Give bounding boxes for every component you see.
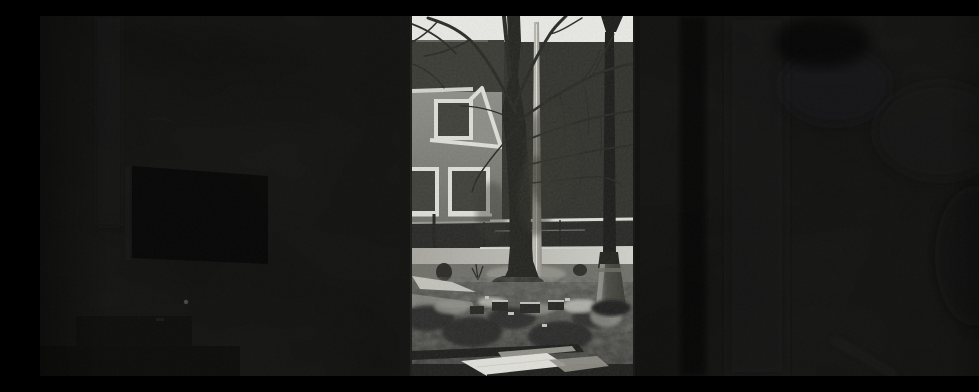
photo-canvas — [40, 16, 979, 376]
photograph-abandoned-interior-doorway — [40, 16, 979, 376]
global-film-grain — [40, 16, 979, 376]
